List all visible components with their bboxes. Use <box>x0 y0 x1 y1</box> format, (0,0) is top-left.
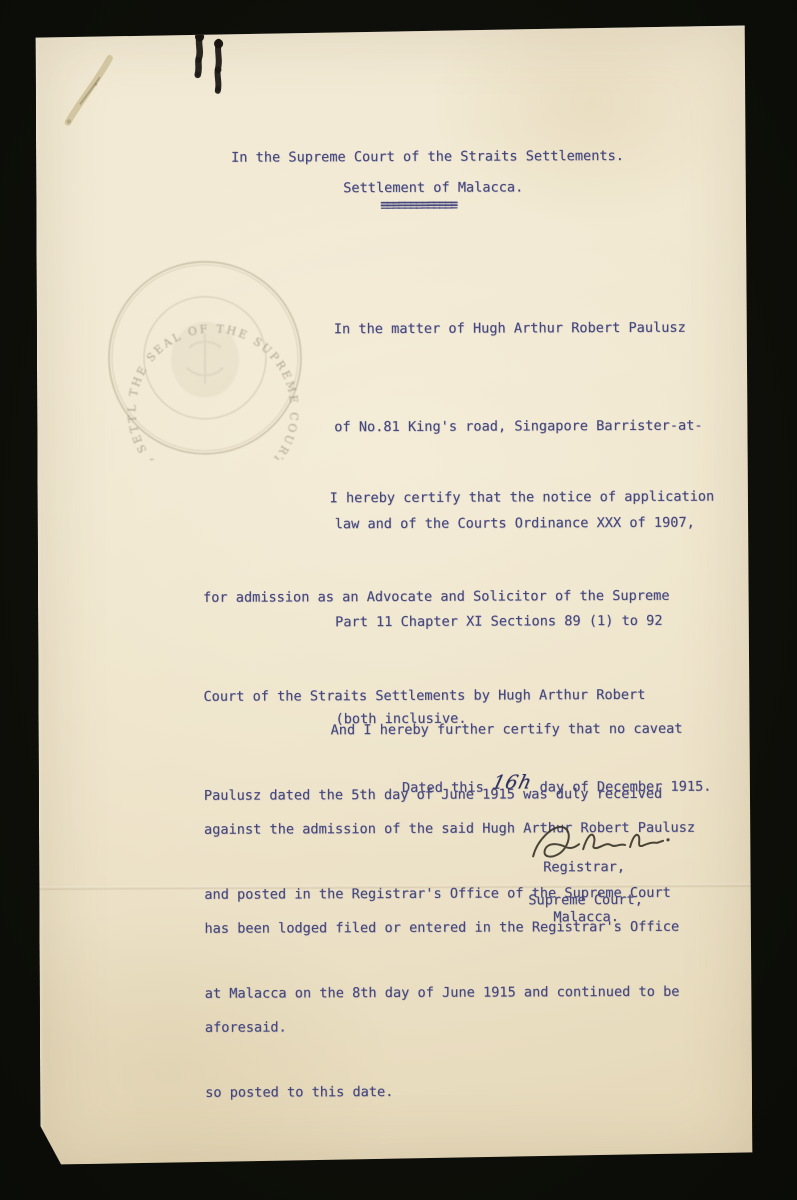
handwritten-day: 16h <box>490 771 535 793</box>
date-suffix: day of December 1915. <box>531 779 711 796</box>
signatory-court: Supreme Court, <box>528 892 643 908</box>
paragraph-line: for admission as an Advocate and Solicit… <box>203 580 715 615</box>
paragraph-line: In the matter of Hugh Arthur Robert Paul… <box>334 312 702 346</box>
date-prefix: Dated this <box>402 780 492 796</box>
paragraph-line: And I hereby further certify that no cav… <box>204 713 695 748</box>
paragraph-line: has been lodged filed or entered in the … <box>204 911 695 946</box>
paragraph-line: aforesaid. <box>205 1010 696 1045</box>
paragraph-line: I hereby certify that the notice of appl… <box>203 481 715 516</box>
signatory-place: Malacca. <box>553 909 619 925</box>
document-title-line1: In the Supreme Court of the Straits Sett… <box>231 148 624 166</box>
photo-background: 11 <box>0 0 797 1200</box>
date-line: Dated this 16h day of December 1915. <box>353 758 712 814</box>
pencil-stroke-graphic <box>56 48 128 132</box>
typed-divider: ============= <box>380 197 456 212</box>
ink-corner-mark: 11 <box>186 29 246 107</box>
signatory-role: Registrar, <box>543 859 625 875</box>
pencil-slash-mark <box>56 48 128 132</box>
paragraph-no-caveat: And I hereby further certify that no cav… <box>203 647 696 1111</box>
ink-stroke-graphic <box>186 29 246 107</box>
document-page: 11 <box>36 25 753 1164</box>
ink-corner-mark-text: 11 <box>186 29 187 30</box>
document-title-line2: Settlement of Malacca. <box>343 179 523 196</box>
